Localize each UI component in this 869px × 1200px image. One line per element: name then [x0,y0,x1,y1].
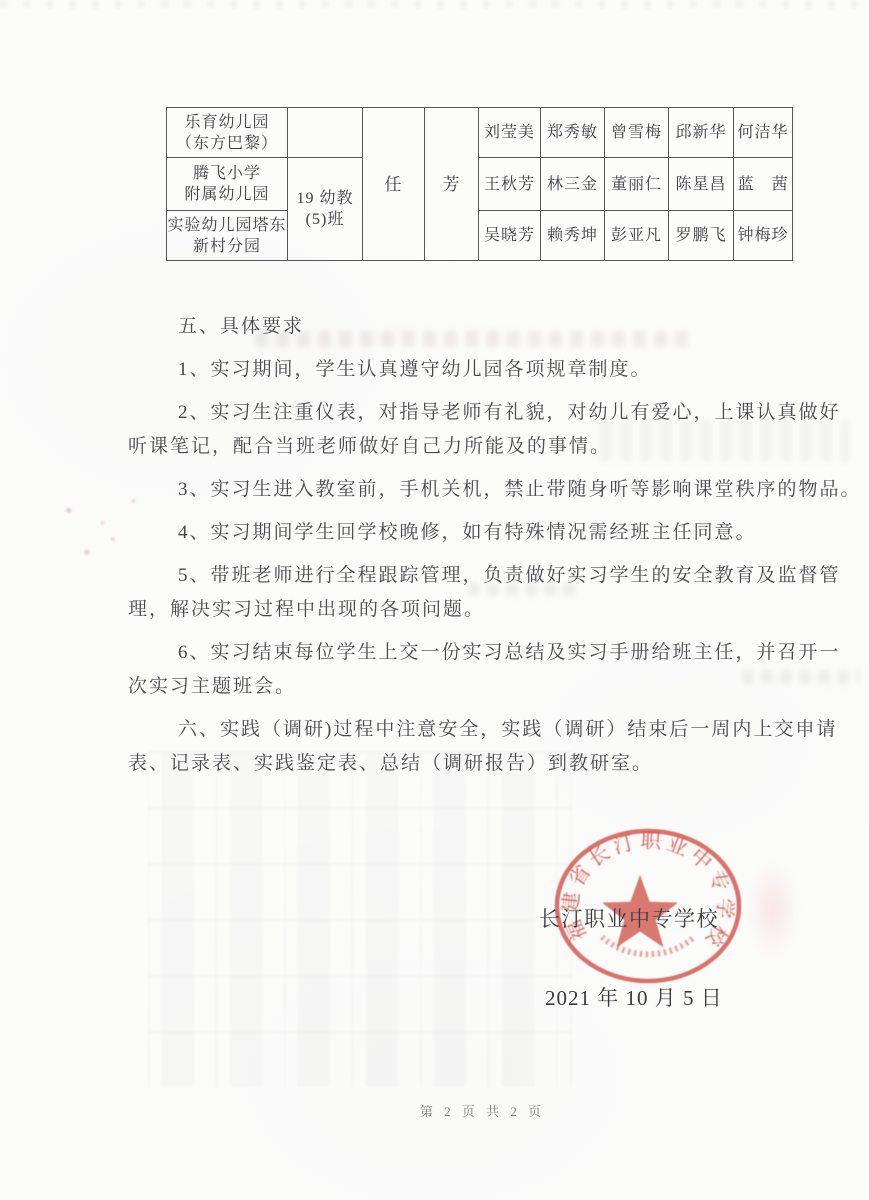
student-cell: 蓝 茜 [734,158,793,211]
teacher-surname-cell: 任 [363,108,425,261]
paragraph-line: 次实习主题班会。 [128,670,852,704]
school-name-line: 新村分园 [167,236,287,257]
seal-bottom-marks [602,937,694,954]
paragraph-line: 2、实习生注重仪表，对指导老师有礼貌，对幼儿有爱心，上课认真做好 [128,396,852,430]
page-number-text: 第 2 页 共 2 页 [324,1104,545,1119]
school-cell: 乐育幼儿园 （东方巴黎） [167,108,288,158]
signing-date: 2021 年 10 月 5 日 [545,982,723,1012]
class-name-line: 19 幼教 [288,188,362,209]
paragraph-line: 5、带班老师进行全程跟踪管理，负责做好实习学生的安全教育及监督管 [128,559,852,593]
paragraph-line: 听课笔记，配合当班老师做好自己力所能及的事情。 [128,430,852,464]
school-name-line: 腾飞小学 [167,163,287,184]
teacher-givenname-cell: 芳 [425,108,479,261]
student-cell: 何洁华 [734,108,793,158]
paragraph-line: 4、实习期间学生回学校晚修，如有特殊情况需经班主任同意。 [128,516,852,550]
paragraph-line: 表、记录表、实践鉴定表、总结（调研报告）到教研室。 [128,747,852,781]
requirement-item: 3、实习生进入教室前，手机关机，禁止带随身听等影响课堂秩序的物品。 [128,473,852,507]
empty-cell [288,108,363,158]
school-cell: 腾飞小学 附属幼儿园 [167,158,288,211]
requirement-item: 六、实践（调研)过程中注意安全，实践（调研）结束后一周内上交申请 表、记录表、实… [128,713,852,781]
document-body: 五、具体要求 1、实习期间，学生认真遵守幼儿园各项规章制度。 2、实习生注重仪表… [128,310,852,790]
requirement-item: 2、实习生注重仪表，对指导老师有礼貌，对幼儿有爱心，上课认真做好 听课笔记，配合… [128,396,852,464]
table-row: 乐育幼儿园 （东方巴黎） 任 芳 刘莹美 郑秀敏 曾雪梅 邱新华 何洁华 [167,108,793,158]
student-cell: 林三金 [541,158,605,211]
student-cell: 彭亚凡 [605,211,669,261]
student-cell: 刘莹美 [479,108,541,158]
requirement-item: 1、实习期间，学生认真遵守幼儿园各项规章制度。 [128,353,852,387]
school-name-line: 实验幼儿园塔东 [167,215,287,236]
section-heading: 五、具体要求 [128,310,852,344]
class-name-line: (5)班 [288,209,362,230]
school-name-line: （东方巴黎） [167,133,287,154]
section-heading-block: 五、具体要求 [128,310,852,344]
paragraph-line: 理，解决实习过程中出现的各项问题。 [128,593,852,627]
student-cell: 吴晓芳 [479,211,541,261]
scan-edge-artifact [0,0,869,8]
student-cell: 钟梅珍 [734,211,793,261]
school-cell: 实验幼儿园塔东 新村分园 [167,211,288,261]
requirement-item: 5、带班老师进行全程跟踪管理，负责做好实习学生的安全教育及监督管 理，解决实习过… [128,559,852,627]
requirement-item: 4、实习期间学生回学校晚修，如有特殊情况需经班主任同意。 [128,516,852,550]
paragraph-line: 1、实习期间，学生认真遵守幼儿园各项规章制度。 [128,353,852,387]
school-name-line: 附属幼儿园 [167,184,287,205]
student-cell: 郑秀敏 [541,108,605,158]
paragraph-line: 6、实习结束每位学生上交一份实习总结及实习手册给班主任，并召开一 [128,636,852,670]
placement-table: 乐育幼儿园 （东方巴黎） 任 芳 刘莹美 郑秀敏 曾雪梅 邱新华 何洁华 腾飞小… [166,107,793,261]
student-cell: 罗鹏飞 [669,211,734,261]
student-cell: 曾雪梅 [605,108,669,158]
table-row: 实验幼儿园塔东 新村分园 吴晓芳 赖秀坤 彭亚凡 罗鹏飞 钟梅珍 [167,211,793,261]
scanned-document-page: 乐育幼儿园 （东方巴黎） 任 芳 刘莹美 郑秀敏 曾雪梅 邱新华 何洁华 腾飞小… [0,0,869,1200]
student-cell: 邱新华 [669,108,734,158]
class-name-cell: 19 幼教 (5)班 [288,158,363,261]
table-row: 腾飞小学 附属幼儿园 19 幼教 (5)班 王秋芳 林三金 董丽仁 陈星昌 蓝 … [167,158,793,211]
requirement-item: 6、实习结束每位学生上交一份实习总结及实习手册给班主任，并召开一 次实习主题班会… [128,636,852,704]
paragraph-line: 六、实践（调研)过程中注意安全，实践（调研）结束后一周内上交申请 [128,713,852,747]
student-cell: 赖秀坤 [541,211,605,261]
student-cell: 王秋芳 [479,158,541,211]
student-cell: 陈星昌 [669,158,734,211]
bleedthrough-table-artifact [148,752,572,1087]
school-name-line: 乐育幼儿园 [167,112,287,133]
student-cell: 董丽仁 [605,158,669,211]
page-number-footer: 第 2 页 共 2 页 [0,1101,869,1120]
signing-school-name: 长汀职业中专学校 [539,903,719,933]
paragraph-line: 3、实习生进入教室前，手机关机，禁止带随身听等影响课堂秩序的物品。 [128,473,852,507]
